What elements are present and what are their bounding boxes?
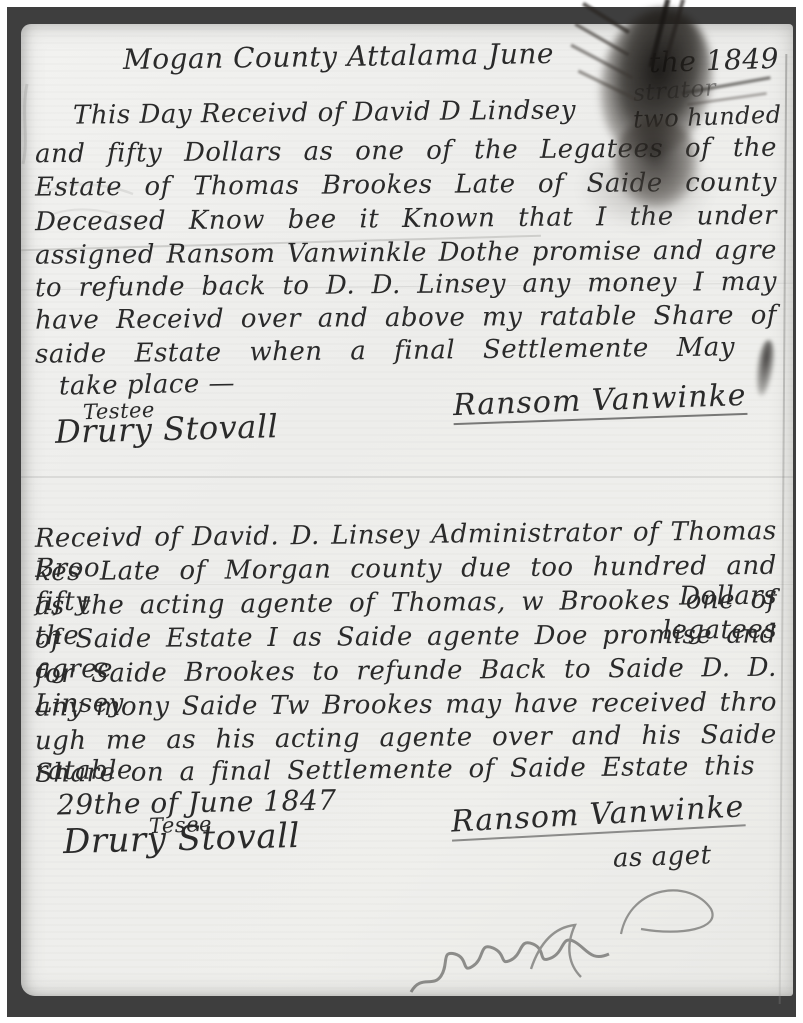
fold-line (21, 476, 793, 478)
signature-role: as aget (613, 840, 713, 873)
handwritten-line: to refunde back to D. D. Linsey any mone… (35, 267, 777, 303)
handwritten-line: have Receivd over and above my ratable S… (35, 300, 777, 335)
ink-smudge (753, 339, 777, 397)
signature-ransom-vanwinkle: Ransom Vanwinke (450, 792, 745, 841)
signature-ransom-vanwinkle: Ransom Vanwinke (452, 381, 747, 425)
second-sheet-edge (779, 54, 788, 1004)
witness-signature: Drury Stovall (55, 411, 279, 447)
witness-signature: Drury Stovall (63, 821, 301, 857)
scanned-document-page: { "document": { "kind": "handwritten rec… (0, 0, 803, 1023)
handwritten-line: saide Estate when a final Settlemente Ma… (35, 332, 735, 369)
ink-blot (561, 0, 761, 218)
bleedthrough-signature (381, 874, 731, 1004)
paper-sheet: Mogan County Attalama June the 1849 stra… (21, 24, 793, 996)
handwritten-line: any mony Saide Tw Brookes may have recei… (35, 687, 777, 722)
handwritten-line: Share on a final Settlemente of Saide Es… (35, 751, 755, 789)
handwritten-line: Mogan County Attalama June (123, 39, 554, 75)
handwritten-line: This Day Receivd of David D Lindsey (73, 95, 576, 130)
handwritten-line: assigned Ransom Vanwinkle Dothe promise … (35, 235, 777, 270)
